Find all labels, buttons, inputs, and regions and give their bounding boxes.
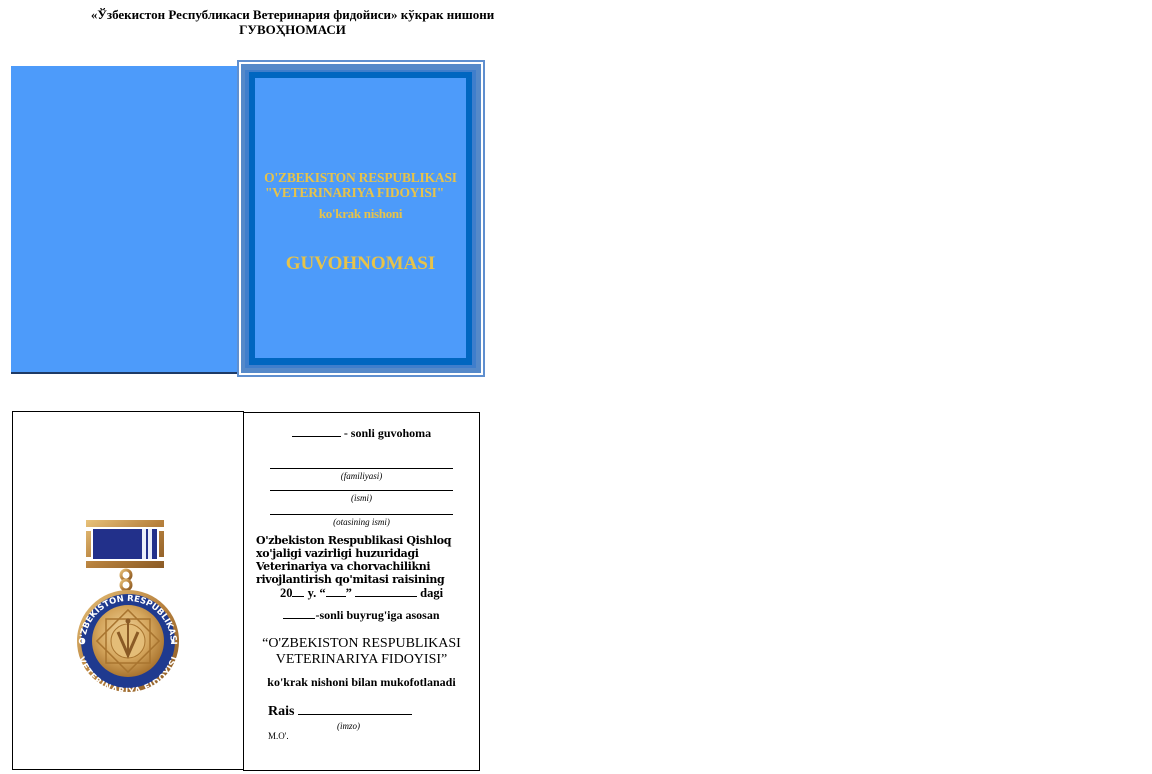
- surname-caption: (familiyasi): [244, 471, 479, 481]
- signature-label: Rais: [268, 704, 294, 719]
- date-month-blank[interactable]: [355, 595, 417, 597]
- document-title: «Ўзбекистон Республикаси Ветеринария фид…: [60, 7, 525, 37]
- date-quote-close: ”: [346, 586, 355, 600]
- signature-blank[interactable]: [298, 713, 412, 715]
- certificate-number-blank[interactable]: [292, 435, 341, 437]
- patronymic-caption: (otasining ismi): [244, 517, 479, 527]
- patronymic-blank[interactable]: [270, 514, 453, 515]
- cover-award-name: "VETERINARIYA FIDOYISI": [255, 185, 454, 200]
- certificate-number-line: - sonli guvohoma: [244, 426, 479, 441]
- order-number-label: -sonli buyrug'iga asosan: [315, 608, 439, 622]
- date-suffix: dagi: [417, 586, 443, 600]
- award-statement: ko'krak nishoni bilan mukofotlanadi: [244, 675, 479, 690]
- cover-back-panel: [11, 66, 240, 374]
- stamp-label: M.O'.: [268, 731, 289, 741]
- cover-title-area: O'ZBEKISTON RESPUBLIKASI "VETERINARIYA F…: [255, 78, 466, 358]
- surname-blank[interactable]: [270, 468, 453, 469]
- award-name-line2: VETERINARIYA FIDOYISI”: [244, 652, 479, 668]
- cover-certificate-title: GUVOHNOMASI: [255, 253, 466, 275]
- inner-right-page: - sonli guvohoma (familiyasi) (ismi) (ot…: [243, 412, 480, 771]
- inner-left-page: O'ZBEKISTON RESPUBLIKASI VETERINARIYA FI…: [12, 411, 244, 770]
- date-year-suffix: y. “: [304, 586, 325, 600]
- signature-caption: (imzo): [337, 721, 360, 731]
- name-caption: (ismi): [244, 493, 479, 503]
- cover-front-panel: O'ZBEKISTON RESPUBLIKASI "VETERINARIYA F…: [237, 60, 485, 377]
- name-blank[interactable]: [270, 490, 453, 491]
- certificate-number-label: - sonli guvohoma: [344, 426, 431, 440]
- document-title-line1: «Ўзбекистон Республикаси Ветеринария фид…: [60, 7, 525, 22]
- date-year-blank[interactable]: [292, 595, 304, 597]
- cover-badge-label: ko'krak nishoni: [255, 206, 466, 221]
- signature-line: Rais: [268, 704, 412, 720]
- award-name-line1: “O'ZBEKISTON RESPUBLIKASI: [244, 636, 479, 652]
- issuing-organization: O'zbekiston Respublikasi Qishloq xo'jali…: [256, 534, 473, 586]
- medal-icon: O'ZBEKISTON RESPUBLIKASI VETERINARIYA FI…: [58, 515, 198, 705]
- order-number-blank[interactable]: [283, 617, 315, 619]
- order-date-line: 20 y. “” dagi: [244, 586, 479, 601]
- award-name: “O'ZBEKISTON RESPUBLIKASI VETERINARIYA F…: [244, 636, 479, 668]
- order-number-line: -sonli buyrug'iga asosan: [244, 608, 479, 623]
- document-title-line2: ГУВОҲНОМАСИ: [60, 22, 525, 37]
- date-year-prefix: 20: [280, 586, 293, 600]
- date-day-blank[interactable]: [326, 595, 346, 597]
- cover-country: O'ZBEKISTON RESPUBLIKASI: [255, 170, 466, 185]
